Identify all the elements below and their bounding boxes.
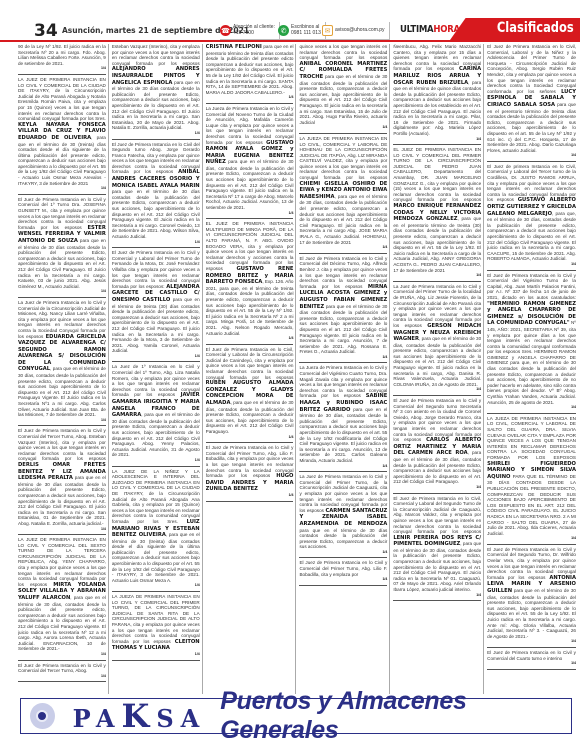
legal-notice: Esteban Vazquez (Interino), cita y empla…	[112, 44, 200, 140]
whatsapp-icon: ✆	[278, 25, 289, 36]
notice-code: 1/4	[487, 536, 576, 542]
legal-notice: El Juez de Primera Instancia en lo Civil…	[112, 142, 200, 249]
legal-notice: El Juez de Primera Instancia en lo Civil…	[112, 250, 200, 362]
column-3: CRISTINA FELIPONI para que en el perento…	[206, 44, 297, 694]
notice-text: para que en el término de treinta (30) d…	[112, 297, 200, 353]
notice-names: "HERMINIO RAMON GIMENEZ y ANGELA CHAPARR…	[487, 301, 576, 327]
legal-notice: La Juez de Primera Instancia en lo Civil…	[18, 300, 106, 426]
notice-text: para que en el perentorio término de tre…	[206, 44, 294, 95]
notice-text: LA JUEZA DE PRIMERA INSTANCIA EN LO CIVI…	[487, 416, 576, 460]
notice-code: 1/4	[18, 527, 106, 533]
notice-text: para que en el término de 30 días contad…	[18, 238, 106, 289]
legal-notice: EL JUEZ DE PRIMERA INSTANCIA MULTIFUERO …	[206, 221, 294, 344]
legal-notice: El Juez de Primera Instancia en lo Civil…	[393, 398, 481, 494]
notice-code: 1/4	[112, 458, 200, 464]
email-contact[interactable]: ✉ avisos@uhora.com.py	[322, 22, 390, 40]
notice-text: , para que en el término de quince días …	[393, 80, 481, 136]
notice-text: , para que en el término de 30 (treinta)…	[18, 135, 106, 186]
notice-code: 1/4	[18, 652, 106, 658]
legal-notice: El Juez de primera Instancia en lo Civil…	[487, 164, 576, 271]
section-tab: Clasificados	[450, 18, 580, 40]
notice-text: El Juez de Primera Instancia en lo Civil…	[18, 428, 106, 461]
notice-code: 1/4	[487, 262, 576, 268]
notice-text: LA JUEZ DE PRIMERA INSTANCIA EN LO CIVIL…	[18, 77, 106, 121]
notice-code: 1/4	[206, 336, 294, 342]
legal-notice: El Juez de Primera Instancia en lo Civil…	[393, 496, 481, 602]
notice-text: para que en el término de 30 días, conta…	[487, 588, 576, 639]
notice-text: , para que en el término de 30 días, con…	[393, 336, 481, 387]
notice-code: 1/4	[393, 137, 481, 143]
phone-icon: ☎	[220, 25, 231, 36]
legal-notice: El Juez de Primera Instancia en lo Civil…	[18, 663, 106, 683]
classifieds-columns: 90 de la Ley Nº 1/92. El juicio radica e…	[18, 44, 578, 694]
legal-notice: 90 de la Ley Nº 1/92. El juicio radica e…	[18, 44, 106, 75]
notice-text: para que en el término de 30 días, conta…	[206, 159, 294, 210]
notice-code: 1/4	[299, 245, 387, 251]
legal-notice: El Juez de Primera Instancia en lo Civil…	[299, 256, 387, 364]
notice-text: quince veces a los que tengan interés en…	[299, 44, 387, 60]
notice-text: para que en el término de 30 días contad…	[299, 528, 387, 550]
legal-notice: El Juez de Primera Instancia en lo Civil…	[206, 445, 294, 501]
legal-notice: CRISTINA FELIPONI para que en el perento…	[206, 44, 294, 104]
paksa-seal-icon	[30, 703, 55, 729]
notice-text: El Juez de Primera Instancia en lo Civil…	[18, 663, 106, 674]
notice-text: EL JUEZ DE PRIMERA INSTANCIA EN LO CIVIL…	[393, 147, 481, 202]
legal-notice: LA JUEZA DE PRIMERA INSTANCIA EN LO CIVI…	[487, 416, 576, 545]
header-rule	[0, 40, 580, 42]
notice-code: 1/4	[18, 674, 106, 680]
notice-text: El Juez de Primera Instancia en lo Civil…	[487, 650, 576, 661]
notice-code: 1/4	[112, 583, 200, 589]
legal-notice: El Juez de Primera Instancia en lo Civil…	[206, 347, 294, 444]
notice-code: 1/4	[487, 405, 576, 411]
notice-text: PARA QUE EL TÉRMINO DE 30 DÍAS CONTADOS …	[487, 474, 576, 536]
notice-code: 1/4	[393, 593, 481, 599]
legal-notice: El Juez de Primera Instancia en lo Civil…	[487, 547, 576, 648]
notice-code: 1/4	[18, 418, 106, 424]
notice-text: Esteban Vazquez (Interino), cita y empla…	[112, 44, 200, 66]
notice-code: 1/4	[112, 240, 200, 246]
notice-text: , para que en el perentorio término de t…	[393, 216, 481, 272]
notice-text: El Juez de Primera Instancia en lo Civil…	[206, 347, 294, 380]
notice-text: LA JUEZA DE PRIMERA INSTANCIA EN LO CIVI…	[299, 136, 387, 180]
notice-text: , para que en el término de 30 días, con…	[18, 595, 106, 651]
notice-text: , para que, en el término de 30 días, co…	[487, 211, 576, 262]
notice-code: 1/4	[299, 577, 387, 583]
notice-text: para que en el término de 30 días contad…	[299, 304, 387, 355]
notice-text: Nº 145, AÑO: 2021, SECRETARIA Nº 39, cit…	[487, 320, 576, 404]
notice-code: 1/4	[487, 153, 576, 159]
customer-service-contact[interactable]: ☎ Atención al cliente:415 7000	[220, 22, 280, 40]
legal-notice: El Juez de Primera Instancia en lo Civil…	[487, 650, 576, 670]
page-number: 34	[34, 21, 58, 41]
legal-notice: La Juez de Primera Instancia en lo Civil…	[393, 284, 481, 396]
notice-code: 1/4	[299, 125, 387, 131]
notice-code: 1/4	[206, 435, 294, 441]
notice-text: , para que en el término de 30 días, con…	[299, 194, 387, 245]
notice-code: 1/4	[299, 550, 387, 556]
notice-text: LA JUEZ DE LA NIÑEZ Y LA ADOLESCENCIA E …	[112, 469, 200, 524]
notice-text: para que en el perentorio término de tre…	[487, 102, 576, 153]
whatsapp-contact[interactable]: ✆ Escribinos al0981 111 013	[278, 22, 326, 40]
notice-text: , para que en el término de 30 días, con…	[18, 366, 106, 417]
legal-notice: La Jueza de Primera Instancia en lo Civi…	[299, 365, 387, 472]
notice-text: para que en el término de 30 días contad…	[299, 74, 387, 125]
column-1: 90 de la Ley Nº 1/92. El juicio radica e…	[18, 44, 109, 694]
legal-notice: El Juez de Primera Instancia en lo Civil…	[18, 428, 106, 535]
notice-text: para que en el término de 30 días, conta…	[299, 407, 387, 463]
legal-notice: LA JUEZ DE PRIMERA INSTANCIA EN LO CIVIL…	[18, 537, 106, 660]
section-title: Clasificados	[497, 20, 574, 36]
column-2: Esteban Vazquez (Interino), cita y empla…	[112, 44, 203, 694]
contact-value: avisos@uhora.com.py	[335, 28, 385, 34]
legal-notice: quince veces a los que tengan interés en…	[299, 44, 387, 134]
legal-notice: LA JUEZA DE PRIMERA INSTANCIA EN LO CIVI…	[299, 136, 387, 254]
paksa-logo: PAKSA	[73, 697, 207, 735]
contact-value: 0981 111 013	[291, 30, 321, 36]
notice-text: LA JUEZA DE PRIMERA INSTANCIA EN LO CIVI…	[112, 594, 200, 644]
notice-code: 1/4	[393, 273, 481, 279]
notice-code: 1/4	[112, 131, 200, 137]
notice-code: 1/4	[206, 95, 294, 101]
notice-text: , para que en el término de 30 (treinta)…	[112, 532, 200, 583]
notice-code: 1/4	[18, 66, 106, 72]
notice-code: 1/4	[206, 211, 294, 217]
ultimahora-logo: ULTIMAHORA	[400, 24, 460, 35]
notice-code: 1/4	[299, 355, 387, 361]
mail-icon: ✉	[322, 25, 333, 36]
notice-text: , para que en el término de 30 días, con…	[393, 541, 481, 592]
legal-notice: LA JUEZ DE LA NIÑEZ Y LA ADOLESCENCIA E …	[112, 469, 200, 592]
notice-text: El Juez de Primera Instancia en lo Civil…	[487, 273, 576, 300]
notice-code: 1/4	[299, 464, 387, 470]
notice-text: para que en el término de 30 días contad…	[112, 189, 200, 239]
legal-notice: El Juez de Primera Instancia en lo Civil…	[487, 273, 576, 414]
notice-text: El Juez de Primera Instancia en lo Civil…	[393, 398, 481, 442]
contact-value: 415 7000	[233, 30, 254, 36]
column-4: quince veces a los que tengan interés en…	[299, 44, 390, 694]
notice-text: , para que en el término de 30 días cont…	[112, 412, 200, 457]
notice-text: 90 de la Ley Nº 1/92. El juicio radica e…	[18, 44, 106, 66]
legal-notice: La Juez de 1º Instancia en lo Civil y Co…	[112, 364, 200, 466]
page-header: 34 Asunción, martes 21 de septiembre de …	[0, 0, 580, 40]
legal-notice: El Juez de Primera Instancia en lo Civil…	[487, 44, 576, 162]
notice-code: 1/4	[393, 485, 481, 491]
legal-notice: LA JUEZA DE PRIMERA INSTANCIA EN LO CIVI…	[112, 594, 200, 661]
notice-text: para que en el término de 30 días contad…	[112, 80, 200, 131]
legal-notice: EL JUEZ DE PRIMERA INSTANCIA EN LO CIVIL…	[393, 147, 481, 282]
column-5: Ñeembucu, Abg. Felix Mario Mazzacchi Can…	[393, 44, 484, 694]
notice-code: 1/4	[393, 387, 481, 393]
legal-notice: Ñeembucu, Abg. Felix Mario Mazzacchi Can…	[393, 44, 481, 145]
legal-notice: La Juez de Primera Instancia en lo Civil…	[299, 474, 387, 558]
paksa-ad-banner[interactable]: PAKSA Puertos y Almacenes Generales	[20, 698, 572, 734]
notice-code: 1/4	[18, 289, 106, 295]
notice-code: 1/4	[112, 652, 200, 658]
notice-code: 1/4	[206, 493, 294, 499]
notice-names: CRISTINA FELIPONI	[206, 44, 262, 50]
legal-notice: El Juez de Primera Instancia en lo Civil…	[18, 197, 106, 298]
legal-notice: LA JUEZ DE PRIMERA INSTANCIA EN LO CIVIL…	[18, 77, 106, 195]
notice-text: El Juez de Primera Instancia en lo Civil…	[487, 44, 576, 94]
notice-text: LA JUEZ DE PRIMERA INSTANCIA EN LO CIVIL…	[18, 537, 106, 587]
notice-code: 1/4	[112, 354, 200, 360]
notice-text: EL JUEZ DE PRIMERA INSTANCIA MULTIFUERO …	[206, 221, 294, 271]
notice-text: La Juez de Primera Instancia en lo Civil…	[393, 284, 481, 328]
notice-text: El Juez de Primera Instancia en lo Civil…	[299, 560, 387, 576]
ad-tagline: Puertos y Almacenes Generales	[220, 687, 571, 745]
notice-code: 1/4	[487, 661, 576, 667]
notice-text: El Juez de Primera Instancia en lo Civil…	[393, 496, 481, 535]
notice-text: para que en el término de 30 días contad…	[18, 475, 106, 526]
column-6: El Juez de Primera Instancia en lo Civil…	[487, 44, 578, 694]
notice-text: , Exp. 126. Año 2021, para que, en el té…	[206, 279, 294, 335]
legal-notice: La Jueza de Primera Instancia en lo Civi…	[206, 106, 294, 219]
legal-notice: El Juez de Primera Instancia en lo Civil…	[299, 560, 387, 585]
notice-code: 1/4	[487, 639, 576, 645]
notice-code: 1/4	[18, 186, 106, 192]
